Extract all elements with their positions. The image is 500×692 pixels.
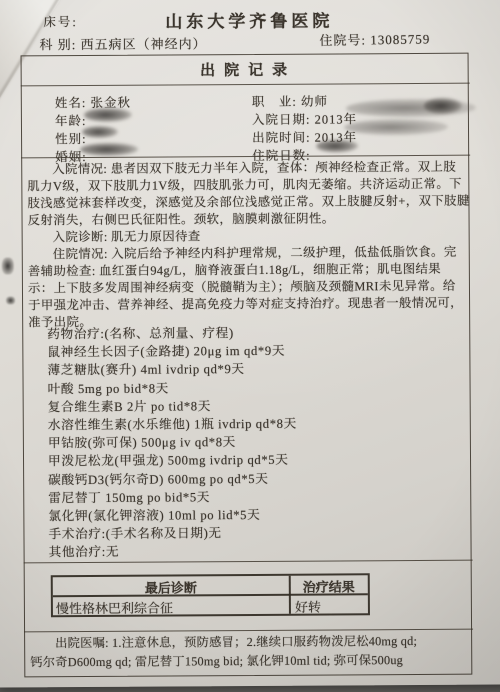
medication-section: 药物治疗:(名称、总剂量、疗程) 鼠神经生长因子(金路捷) 20μg im qd… bbox=[47, 323, 468, 562]
discharge-orders-section: 出院医嘱: 1.注意休息，预防感冒；2.继续口服药物泼尼松40mg qd; 钙尔… bbox=[30, 632, 466, 672]
name-label: 姓名: bbox=[55, 96, 87, 110]
table-header-result: 治疗结果 bbox=[291, 576, 367, 595]
table-cell-result: 好转 bbox=[295, 597, 321, 616]
other-treatment-line: 其他治疗:无 bbox=[49, 541, 469, 562]
admit-date-label: 入院日期: bbox=[252, 113, 311, 127]
discharge-date-label: 出院时间: bbox=[252, 131, 311, 145]
table-header-diagnosis: 最后诊断 bbox=[53, 577, 289, 597]
admit-date-field: 入院日期: 2013年 bbox=[252, 109, 357, 128]
margin-mark bbox=[6, 296, 15, 304]
occupation-field: 职 业: 幼师 bbox=[252, 92, 328, 110]
gender-label: 性别: bbox=[55, 132, 87, 146]
document-title: 出院记录 bbox=[21, 58, 467, 82]
admission-line: 肢浅感觉袜套样改变，深感觉及余部位浅感觉正常。双上肢腱反射+，双下肢腱 bbox=[27, 193, 461, 213]
photo-background: 床号: 山东大学齐鲁医院 科 别: 西五病区（神经内） 住院号: 1308575… bbox=[0, 0, 500, 692]
document-page: 床号: 山东大学齐鲁医院 科 别: 西五病区（神经内） 住院号: 1308575… bbox=[0, 0, 500, 688]
discharge-orders-line: 钙尔奇D600mg qd; 雷尼替丁150mg bid; 氯化钾10ml tid… bbox=[30, 650, 466, 671]
table-cell-diagnosis: 慢性格林巴利综合征 bbox=[56, 597, 173, 617]
occupation-label: 职 业: bbox=[252, 95, 297, 109]
occupation-value: 幼师 bbox=[301, 95, 328, 109]
discharge-orders-line: 出院医嘱: 1.注意休息，预防感冒；2.继续口服药物泼尼松40mg qd; bbox=[30, 632, 466, 653]
admission-number: 住院号: 13085759 bbox=[319, 28, 430, 49]
age-label: 年龄: bbox=[55, 114, 87, 128]
department-field: 科 别: 西五病区（神经内） bbox=[39, 33, 206, 53]
age-field: 年龄: bbox=[55, 111, 87, 129]
document-content: 床号: 山东大学齐鲁医院 科 别: 西五病区（神经内） 住院号: 1308575… bbox=[0, 0, 500, 692]
clinical-text-section: 入院情况: 患者因双下肢无力半年入院，查体：颅神经检查正常。双上肢 肌力V级，双… bbox=[27, 159, 462, 332]
margin-mark bbox=[2, 257, 14, 274]
course-line: 于甲强龙冲击、营养神经、提高免疫力等对症支持治疗。现患者一般情况可， bbox=[28, 295, 462, 315]
final-diagnosis-table: 最后诊断 治疗结果 慢性格林巴利综合征 好转 bbox=[51, 573, 370, 617]
